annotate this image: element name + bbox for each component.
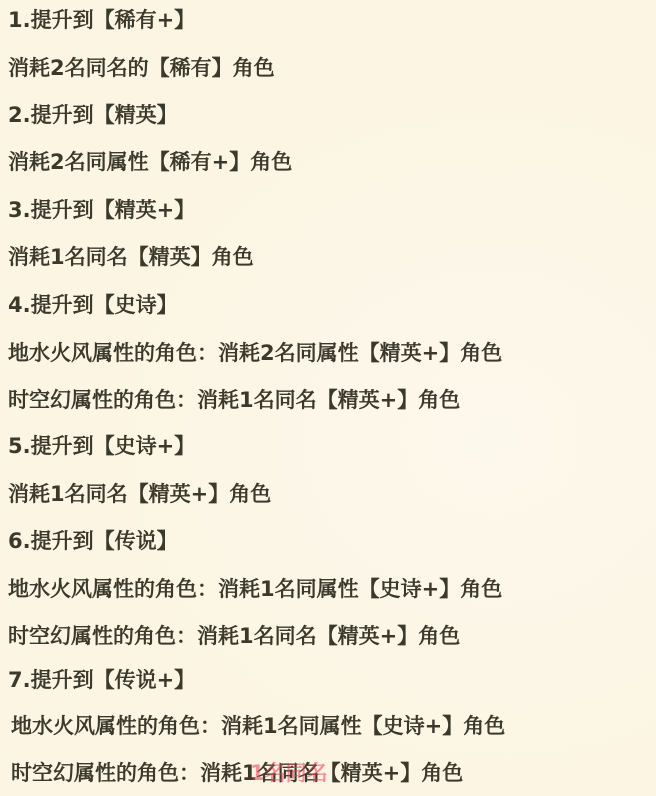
section-4-line-2: 时空幻属性的角色：消耗1名同名【精英+】角色 bbox=[8, 386, 460, 414]
section-heading-4: 4.提升到【史诗】 bbox=[8, 291, 178, 319]
section-2-line-1: 消耗2名同属性【稀有+】角色 bbox=[8, 148, 292, 176]
section-3-line-1: 消耗1名同名【精英】角色 bbox=[8, 243, 254, 271]
section-4-line-1: 地水火风属性的角色：消耗2名同属性【精英+】角色 bbox=[8, 339, 502, 367]
section-heading-5: 5.提升到【史诗+】 bbox=[8, 432, 195, 460]
section-7-line-1: 地水火风属性的角色：消耗1名同属性【史诗+】角色 bbox=[11, 712, 505, 740]
section-7-line-2-suffix: 【精英+】角色 bbox=[320, 761, 464, 785]
section-6-line-1: 地水火风属性的角色：消耗1名同属性【史诗+】角色 bbox=[8, 575, 502, 603]
watermarked-text: 消耗1名同名1名同名 bbox=[200, 759, 320, 787]
section-6-line-2: 时空幻属性的角色：消耗1名同名【精英+】角色 bbox=[8, 622, 460, 650]
section-heading-3: 3.提升到【精英+】 bbox=[8, 196, 195, 224]
section-1-line-1: 消耗2名同名的【稀有】角色 bbox=[8, 54, 275, 82]
section-heading-2: 2.提升到【精英】 bbox=[8, 101, 178, 129]
section-heading-6: 6.提升到【传说】 bbox=[8, 527, 178, 555]
section-5-line-1: 消耗1名同名【精英+】角色 bbox=[8, 480, 271, 508]
section-7-line-2-mid: 消耗1名同名 bbox=[200, 761, 320, 785]
section-heading-7: 7.提升到【传说+】 bbox=[8, 666, 195, 694]
section-7-line-2-prefix: 时空幻属性的角色： bbox=[11, 761, 200, 785]
section-heading-1: 1.提升到【稀有+】 bbox=[8, 6, 195, 34]
section-7-line-2: 时空幻属性的角色：消耗1名同名1名同名【精英+】角色 bbox=[11, 759, 463, 787]
